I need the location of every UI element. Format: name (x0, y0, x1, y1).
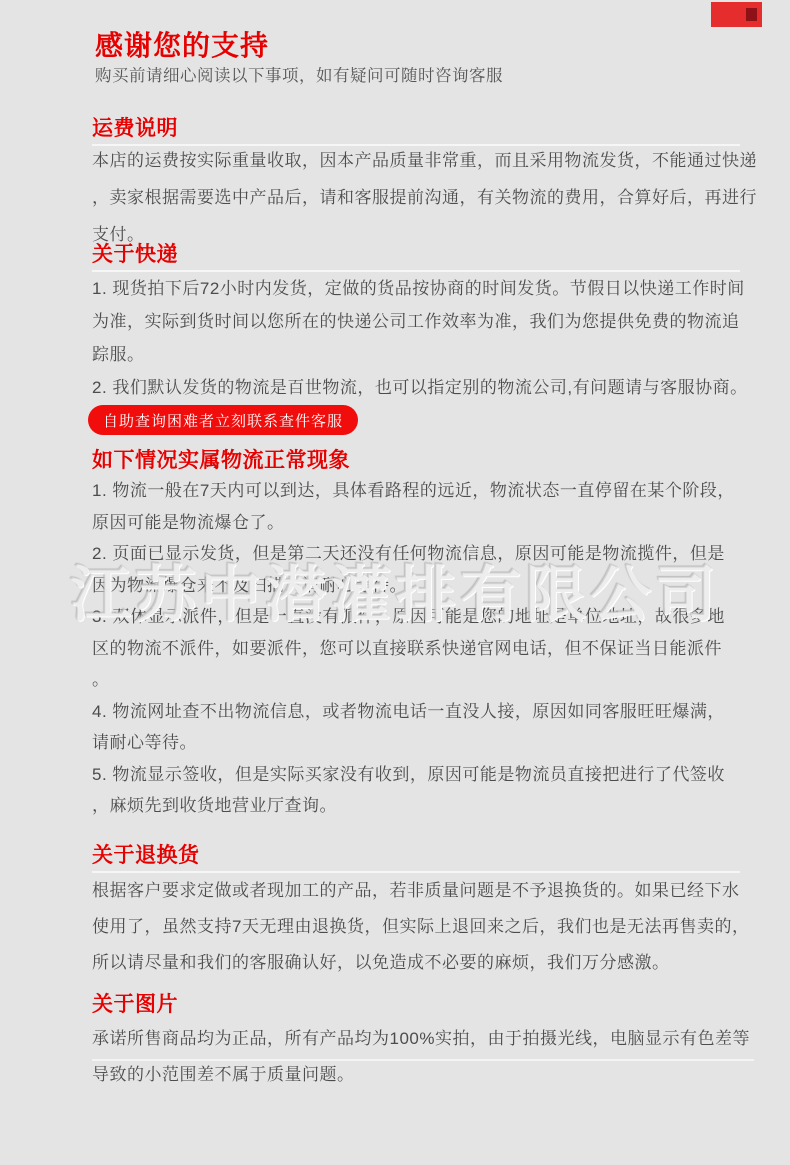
section-heading-express: 关于快递 (92, 242, 740, 268)
contact-support-button[interactable]: 自助查询困难者立刻联系查件客服 (88, 405, 358, 435)
text-line: 2. 页面已显示发货，但是第二天还没有任何物流信息，原因可能是物流揽件，但是 (92, 543, 740, 575)
text-line: 根据客户要求定做或者现加工的产品，若非质量问题是不予退换货的。如果已经下水 (92, 880, 740, 916)
text-line: 本店的运费按实际重量收取，因本产品质量非常重，而且采用物流发货，不能通过快递 (92, 150, 740, 187)
text-line: 原因可能是物流爆仓了。 (92, 512, 740, 544)
divider (92, 1059, 754, 1061)
section-images: 关于图片 承诺所售商品均为正品，所有产品均为100%实拍，由于拍摄光线，电脑显示… (92, 992, 740, 1100)
text-line: 4. 物流网址查不出物流信息，或者物流电话一直没人接，原因如同客服旺旺爆满， (92, 701, 740, 733)
text-line: ，卖家根据需要选中产品后，请和客服提前沟通，有关物流的费用，合算好后，再进行 (92, 187, 740, 224)
text-line: 5. 物流显示签收，但是实际买家没有收到，原因可能是物流员直接把进行了代签收 (92, 764, 740, 796)
divider (92, 270, 740, 272)
text-line: 。 (92, 669, 740, 701)
section-heading-shipping: 运费说明 (92, 116, 740, 142)
corner-red-badge (711, 2, 762, 27)
text-line: 请耐心等待。 (92, 732, 740, 764)
section-heading-logistics: 如下情况实属物流正常现象 (92, 448, 740, 474)
page-subtitle: 购买前请细心阅读以下事项，如有疑问可随时咨询客服 (95, 62, 503, 86)
divider (92, 144, 740, 146)
section-heading-returns: 关于退换货 (92, 843, 740, 869)
section-heading-images: 关于图片 (92, 992, 740, 1018)
section-shipping: 运费说明 本店的运费按实际重量收取，因本产品质量非常重，而且采用物流发货，不能通… (92, 116, 740, 261)
text-line: 为准，实际到货时间以您所在的快递公司工作效率为准，我们为您提供免费的物流追 (92, 311, 740, 344)
section-logistics: 如下情况实属物流正常现象 1. 物流一般在7天内可以到达，具体看路程的远近，物流… (92, 448, 740, 827)
text-line: 1. 物流一般在7天内可以到达，具体看路程的远近，物流状态一直停留在某个阶段， (92, 480, 740, 512)
page-title: 感谢您的支持 (95, 24, 269, 64)
section-body-logistics: 1. 物流一般在7天内可以到达，具体看路程的远近，物流状态一直停留在某个阶段，原… (92, 480, 740, 827)
text-line: 使用了，虽然支持7天无理由退换货，但实际上退回来之后，我们也是无法再售卖的， (92, 916, 740, 952)
text-line: 踪服。 (92, 344, 740, 377)
section-body-express: 1. 现货拍下后72小时内发货，定做的货品按协商的时间发货。节假日以快递工作时间… (92, 278, 740, 410)
section-express: 关于快递 1. 现货拍下后72小时内发货，定做的货品按协商的时间发货。节假日以快… (92, 242, 740, 410)
notice-page: 感谢您的支持 购买前请细心阅读以下事项，如有疑问可随时咨询客服 运费说明 本店的… (0, 0, 790, 1165)
section-body-images: 承诺所售商品均为正品，所有产品均为100%实拍，由于拍摄光线，电脑显示有色差等导… (92, 1028, 740, 1100)
text-line: 因为物流爆仓来不及扫描，请耐心等待。 (92, 575, 740, 607)
text-line: 1. 现货拍下后72小时内发货，定做的货品按协商的时间发货。节假日以快递工作时间 (92, 278, 740, 311)
corner-badge-mark (746, 8, 757, 21)
text-line: ，麻烦先到收货地营业厅查询。 (92, 795, 740, 827)
section-returns: 关于退换货 根据客户要求定做或者现加工的产品，若非质量问题是不予退换货的。如果已… (92, 843, 740, 988)
section-body-returns: 根据客户要求定做或者现加工的产品，若非质量问题是不予退换货的。如果已经下水使用了… (92, 880, 740, 988)
text-line: 区的物流不派件，如要派件，您可以直接联系快递官网电话，但不保证当日能派件 (92, 638, 740, 670)
text-line: 3. 双休显示派件，但是一直没有派件，原因可能是您的地址是单位地址，故很多地 (92, 606, 740, 638)
text-line: 导致的小范围差不属于质量问题。 (92, 1064, 740, 1100)
text-line: 所以请尽量和我们的客服确认好，以免造成不必要的麻烦，我们万分感激。 (92, 952, 740, 988)
divider (92, 871, 740, 873)
